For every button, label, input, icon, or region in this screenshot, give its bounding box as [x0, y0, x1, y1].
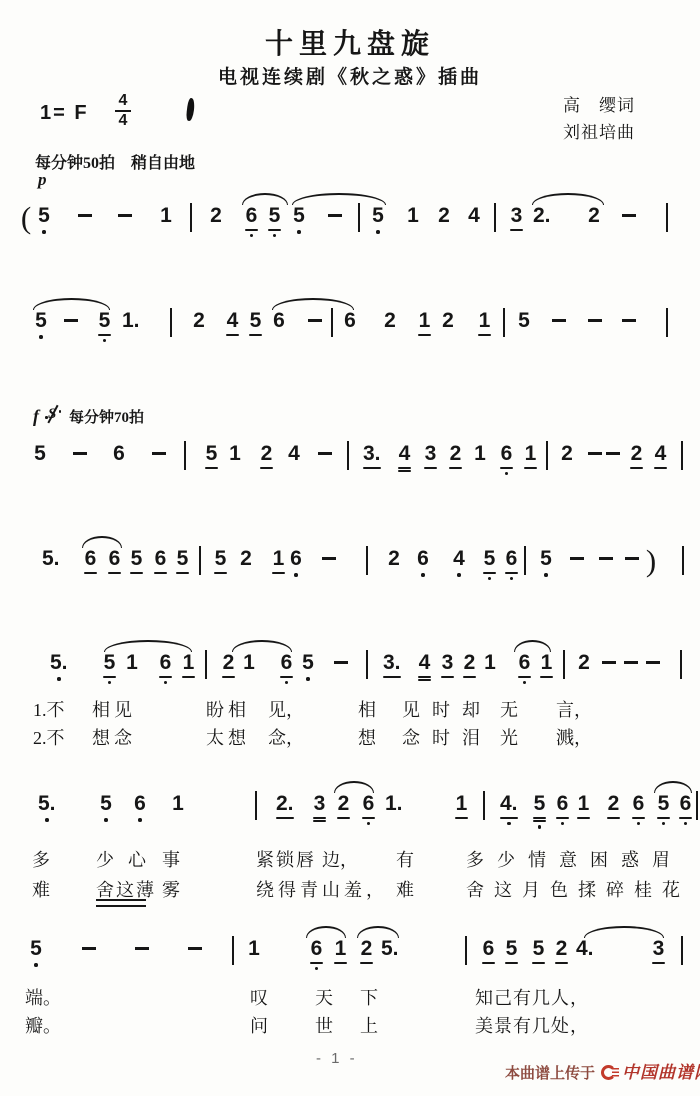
- note-token: 1: [407, 205, 419, 227]
- lyric-syllable: 念，: [268, 724, 304, 750]
- note-digit: 1: [455, 793, 468, 815]
- note-token: 2: [463, 652, 476, 678]
- lyric-syllable: 相见: [92, 696, 136, 722]
- note-token: 5: [34, 443, 46, 465]
- duration-underline: [98, 334, 111, 336]
- lyric-syllable: 心: [128, 846, 146, 872]
- note-digit: 1: [248, 938, 260, 960]
- note-digit: 5: [372, 205, 384, 227]
- note-token: 5: [268, 205, 281, 237]
- note-digit: 5: [268, 205, 281, 227]
- qupu-logo-icon: [601, 1065, 619, 1080]
- slur-arc: [292, 193, 386, 205]
- lyric-row: 1.不相见盼相见，相见时却无言，: [0, 696, 700, 722]
- octave-dot: [104, 818, 108, 822]
- slur-arc: [532, 193, 604, 205]
- lyric-syllable: 知己有几人，: [475, 984, 589, 1010]
- note-token: 1: [418, 310, 431, 336]
- dash-mark: [334, 661, 348, 664]
- note-token: 6: [482, 938, 495, 964]
- duration-underline: [310, 962, 323, 964]
- note-token: 1: [334, 938, 347, 964]
- note-token: 1: [229, 443, 241, 465]
- duration-underline: [505, 962, 518, 964]
- note-token: 1: [478, 310, 491, 336]
- dash-mark: [118, 214, 132, 217]
- note-token: 5: [100, 793, 112, 822]
- segno-dot: [45, 416, 48, 419]
- note-digit: 3.: [363, 443, 381, 465]
- note-token: 6: [417, 548, 429, 577]
- key-signature: 1= F: [40, 102, 89, 125]
- note-digit: 5: [205, 443, 218, 465]
- ink-mark: [186, 98, 196, 122]
- dynamic-forte: f: [33, 406, 39, 426]
- note-digit: 5: [518, 310, 530, 332]
- note-digit: 5: [103, 652, 116, 674]
- note-digit: 4: [453, 548, 465, 570]
- bar-line: [524, 546, 526, 575]
- lyric-syllable: 多: [32, 846, 50, 872]
- dynamic-piano: p: [38, 170, 47, 190]
- note-digit: 2: [337, 793, 350, 815]
- octave-dot: [505, 472, 509, 476]
- note-token: 3: [510, 205, 523, 231]
- bar-line: [681, 936, 683, 965]
- duration-underline: [130, 572, 143, 574]
- lyric-syllable: 叹: [250, 984, 268, 1010]
- note-digit: 6: [679, 793, 692, 815]
- segno-icon: S: [45, 406, 61, 424]
- tempo-marking-2: 每分钟70拍: [69, 410, 144, 426]
- duration-underline: [533, 817, 546, 819]
- octave-dot: [250, 234, 254, 238]
- note-token: 5: [505, 938, 518, 964]
- slur-arc: [82, 536, 122, 548]
- duration-underline: [533, 820, 546, 822]
- note-digit: 3.: [383, 652, 401, 674]
- note-digit: 4.: [500, 793, 518, 815]
- bar-line: [331, 308, 333, 337]
- duration-underline: [555, 962, 568, 964]
- note-token: 2: [193, 310, 205, 332]
- note-token: 2: [578, 652, 590, 674]
- note-digit: 5: [35, 310, 47, 332]
- note-digit: 5: [533, 793, 546, 815]
- note-token: 5: [657, 793, 670, 825]
- note-digit: 1: [524, 443, 537, 465]
- octave-dot: [57, 677, 61, 681]
- duration-underline: [532, 962, 545, 964]
- note-token: 1: [455, 793, 468, 819]
- duration-underline: [360, 962, 373, 964]
- note-token: 6: [108, 548, 121, 574]
- note-token: 5: [205, 443, 218, 469]
- note-token: 5: [30, 938, 42, 967]
- note-token: 6: [290, 548, 302, 577]
- bar-line: [199, 546, 201, 575]
- note-token: 1.: [122, 310, 140, 332]
- note-digit: 5.: [50, 652, 68, 674]
- note-token: 6: [679, 793, 692, 825]
- note-digit: 6: [245, 205, 258, 227]
- duration-dash: [646, 661, 660, 664]
- duration-dash: [78, 214, 92, 217]
- duration-underline: [556, 817, 569, 819]
- note-token: 2: [222, 652, 235, 678]
- note-token: 5.: [42, 548, 60, 570]
- duration-underline: [398, 467, 411, 469]
- note-digit: 1.: [122, 310, 140, 332]
- duration-dash: [82, 947, 96, 950]
- note-token: 5: [540, 548, 552, 577]
- duration-dash: [118, 214, 132, 217]
- note-digit: 2: [260, 443, 273, 465]
- bar-line: [366, 546, 368, 575]
- lyric-syllable: 相: [358, 696, 376, 722]
- duration-dash: [606, 452, 620, 455]
- dash-mark: [322, 557, 336, 560]
- duration-underline: [657, 817, 670, 819]
- duration-underline: [108, 572, 121, 574]
- note-token: 4: [418, 652, 431, 681]
- note-token: 6: [362, 793, 375, 825]
- dash-mark: [599, 557, 613, 560]
- lyric-syllable: 端。: [25, 984, 61, 1010]
- note-digit: 5: [249, 310, 262, 332]
- lyric-syllable: 瓣。: [25, 1012, 61, 1038]
- note-token: 2: [561, 443, 573, 465]
- note-token: 4: [654, 443, 667, 469]
- octave-dot: [315, 967, 319, 971]
- note-token: 1: [172, 793, 184, 815]
- octave-dot: [376, 230, 380, 234]
- duration-underline: [478, 334, 491, 336]
- time-signature-denominator: 4: [114, 113, 132, 129]
- music-line: 5.665655216264565): [0, 548, 700, 604]
- note-digit: 2: [463, 652, 476, 674]
- bar-line: [546, 441, 548, 470]
- music-line: 5651243.432161224: [0, 443, 700, 499]
- note-digit: 5.: [381, 938, 399, 960]
- note-token: 5: [176, 548, 189, 574]
- note-token: 2: [555, 938, 568, 964]
- octave-dot: [306, 677, 310, 681]
- note-token: 1: [182, 652, 195, 678]
- note-digit: 2: [388, 548, 400, 570]
- note-digit: 2: [442, 310, 454, 332]
- duration-underline: [276, 817, 294, 819]
- note-digit: 2.: [533, 205, 551, 227]
- note-digit: 6: [344, 310, 356, 332]
- duration-underline: [652, 962, 665, 964]
- slur-arc: [334, 781, 374, 793]
- lyric-syllable: 言，: [556, 696, 592, 722]
- note-digit: 6: [134, 793, 146, 815]
- bar-line: [205, 650, 207, 679]
- note-token: 6: [518, 652, 531, 684]
- dash-mark: [588, 452, 602, 455]
- duration-underline: [245, 229, 258, 231]
- note-digit: 6: [290, 548, 302, 570]
- octave-dot: [662, 822, 666, 826]
- lyric-syllable: 舍这月色揉碎桂花: [466, 876, 690, 902]
- octave-dot: [297, 230, 301, 234]
- dash-mark: [624, 661, 638, 664]
- note-token: 2: [607, 793, 620, 819]
- lyric-row: 瓣。问世上美景有几处，: [0, 1012, 700, 1038]
- duration-underline: [268, 229, 281, 231]
- octave-dot: [108, 681, 112, 685]
- note-digit: 5.: [38, 793, 56, 815]
- tempo-marking: 每分钟50拍 稍自由地: [35, 150, 195, 173]
- lyric-syllable: 想: [358, 724, 376, 750]
- duration-underline: [679, 817, 692, 819]
- duration-underline: [482, 962, 495, 964]
- slur-arc: [584, 926, 664, 938]
- octave-dot: [684, 822, 688, 826]
- note-token: 3.: [363, 443, 381, 469]
- note-digit: 3: [441, 652, 454, 674]
- note-digit: 2: [210, 205, 222, 227]
- lyric-syllable: 2.不: [33, 724, 65, 750]
- lyric-syllable: 难: [396, 876, 414, 902]
- dash-mark: [602, 661, 616, 664]
- note-digit: 3: [510, 205, 523, 227]
- note-digit: 6: [505, 548, 518, 570]
- section-marking: fS每分钟70拍: [33, 406, 144, 428]
- note-token: 6: [505, 548, 518, 580]
- duration-dash: [588, 319, 602, 322]
- note-digit: 1: [334, 938, 347, 960]
- note-digit: 2: [578, 652, 590, 674]
- note-digit: 6: [518, 652, 531, 674]
- note-token: 2: [240, 548, 252, 570]
- duration-underline: [540, 676, 553, 678]
- note-token: 6: [245, 205, 258, 237]
- note-token: 2: [360, 938, 373, 964]
- time-signature: 4 4: [114, 93, 132, 129]
- bar-line: [666, 308, 668, 337]
- dash-mark: [188, 947, 202, 950]
- note-token: 2: [337, 793, 350, 819]
- note-token: 5.: [381, 938, 399, 960]
- note-token: 6: [632, 793, 645, 825]
- note-digit: (: [20, 205, 32, 231]
- duration-underline: [334, 962, 347, 964]
- note-token: 5: [532, 938, 545, 964]
- duration-underline: [272, 572, 285, 574]
- watermark-text: 本曲谱上传于: [505, 1065, 595, 1082]
- note-digit: 5: [214, 548, 227, 570]
- note-token: 6: [113, 443, 125, 465]
- bar-line: [696, 791, 698, 820]
- dash-mark: [308, 319, 322, 322]
- note-digit: 6: [310, 938, 323, 960]
- duration-underline: [398, 470, 411, 472]
- music-line: (512655512432.2: [0, 205, 700, 261]
- note-token: 1: [577, 793, 590, 819]
- note-digit: 2: [630, 443, 643, 465]
- duration-dash: [73, 452, 87, 455]
- slur-arc: [654, 781, 692, 793]
- segno-dot: [59, 410, 62, 413]
- note-digit: 2: [222, 652, 235, 674]
- duration-dash: [622, 214, 636, 217]
- bar-line: [465, 936, 467, 965]
- note-digit: 1: [478, 310, 491, 332]
- note-digit: 5: [657, 793, 670, 815]
- lyric-syllable: 太想: [206, 724, 250, 750]
- duration-underline: [84, 572, 97, 574]
- note-token: 2: [384, 310, 396, 332]
- note-token: 2: [630, 443, 643, 469]
- duration-dash: [602, 661, 616, 664]
- note-digit: 1: [418, 310, 431, 332]
- note-token: 6: [344, 310, 356, 332]
- note-digit: 1: [484, 652, 496, 674]
- lyric-syllable: 下: [360, 984, 378, 1010]
- duration-underline: [214, 572, 227, 574]
- song-title: 十里九盘旋: [0, 22, 700, 62]
- note-token: 5: [214, 548, 227, 574]
- octave-dot: [510, 577, 514, 581]
- note-token: 1: [524, 443, 537, 469]
- note-token: 3: [652, 938, 665, 964]
- octave-dot: [45, 818, 49, 822]
- note-token: 2.: [533, 205, 551, 227]
- slur-arc: [357, 926, 399, 938]
- note-token: 4: [288, 443, 300, 465]
- note-digit: 5: [100, 793, 112, 815]
- lyric-syllable: 念时泪: [402, 724, 492, 750]
- phrase-paren: (: [20, 205, 32, 231]
- duration-dash: [188, 947, 202, 950]
- duration-underline: [518, 676, 531, 678]
- note-token: 4.: [500, 793, 518, 825]
- note-token: 4: [453, 548, 465, 577]
- note-token: 2: [442, 310, 454, 332]
- lyric-row: 2.不想念太想念，想念时泪光溅，: [0, 724, 700, 750]
- note-digit: 6: [500, 443, 513, 465]
- note-token: 1: [272, 548, 285, 574]
- note-token: 6: [310, 938, 323, 970]
- bar-line: [680, 650, 682, 679]
- duration-underline: [449, 467, 462, 469]
- note-digit: 1: [182, 652, 195, 674]
- note-token: 5: [249, 310, 262, 336]
- duration-dash: [152, 452, 166, 455]
- duration-underline: [182, 676, 195, 678]
- duration-underline: [424, 467, 437, 469]
- note-digit: 5: [483, 548, 496, 570]
- bar-line: [503, 308, 505, 337]
- note-token: 4: [226, 310, 239, 336]
- lyric-syllable: 难: [32, 876, 50, 902]
- slur-arc: [104, 640, 192, 652]
- dash-mark: [588, 319, 602, 322]
- note-digit: 6: [632, 793, 645, 815]
- octave-dot: [507, 822, 511, 826]
- duration-underline: [313, 820, 326, 822]
- duration-underline: [362, 817, 375, 819]
- note-token: 6: [556, 793, 569, 825]
- lyric-syllable: 多少情意困惑眉: [466, 846, 683, 872]
- duration-dash: [135, 947, 149, 950]
- duration-underline: [524, 467, 537, 469]
- melisma-double-underline: [96, 899, 146, 907]
- note-digit: 5.: [42, 548, 60, 570]
- bar-line: [682, 546, 684, 575]
- note-token: 1: [126, 652, 138, 674]
- note-token: 6: [84, 548, 97, 574]
- watermark: 本曲谱上传于中国曲谱网: [505, 1058, 700, 1083]
- note-digit: 2: [561, 443, 573, 465]
- duration-dash: [599, 557, 613, 560]
- note-token: 4.: [576, 938, 594, 960]
- note-digit: 6: [417, 548, 429, 570]
- note-digit: 5: [540, 548, 552, 570]
- dash-mark: [552, 319, 566, 322]
- octave-dot: [42, 230, 46, 234]
- duration-underline: [176, 572, 189, 574]
- lyric-syllable: 溅，: [556, 724, 592, 750]
- note-digit: 2.: [276, 793, 294, 815]
- lyric-row: 多少心事紧锁唇边，有多少情意困惑眉: [0, 846, 700, 872]
- duration-underline: [632, 817, 645, 819]
- duration-underline: [500, 817, 518, 819]
- lyric-syllable: 绕得青山羞，: [256, 876, 388, 902]
- note-digit: 4: [226, 310, 239, 332]
- dash-mark: [78, 214, 92, 217]
- note-token: 1: [474, 443, 486, 465]
- note-token: 2: [388, 548, 400, 570]
- duration-dash: [570, 557, 584, 560]
- dash-mark: [570, 557, 584, 560]
- time-signature-numerator: 4: [114, 93, 132, 109]
- duration-dash: [308, 319, 322, 322]
- duration-underline: [607, 817, 620, 819]
- duration-dash: [624, 661, 638, 664]
- lyric-syllable: 问: [250, 1012, 268, 1038]
- duration-dash: [322, 557, 336, 560]
- duration-underline: [505, 572, 518, 574]
- duration-underline: [154, 572, 167, 574]
- dash-mark: [622, 319, 636, 322]
- note-digit: 6: [556, 793, 569, 815]
- note-token: 2: [210, 205, 222, 227]
- note-digit: 5: [176, 548, 189, 570]
- note-digit: 5: [38, 205, 50, 227]
- note-token: 1: [243, 652, 255, 674]
- song-subtitle: 电视连续剧《秋之惑》插曲: [0, 62, 700, 89]
- dash-mark: [64, 319, 78, 322]
- note-digit: 1: [160, 205, 172, 227]
- duration-dash: [64, 319, 78, 322]
- note-digit: 1: [126, 652, 138, 674]
- note-digit: 1: [272, 548, 285, 570]
- bar-line: [170, 308, 172, 337]
- note-digit: 6: [159, 652, 172, 674]
- note-digit: 4: [418, 652, 431, 674]
- dash-mark: [135, 947, 149, 950]
- note-digit: 1: [577, 793, 590, 815]
- lyric-syllable: 事: [162, 846, 180, 872]
- bar-line: [347, 441, 349, 470]
- bar-line: [563, 650, 565, 679]
- note-digit: 5: [532, 938, 545, 960]
- duration-underline: [249, 334, 262, 336]
